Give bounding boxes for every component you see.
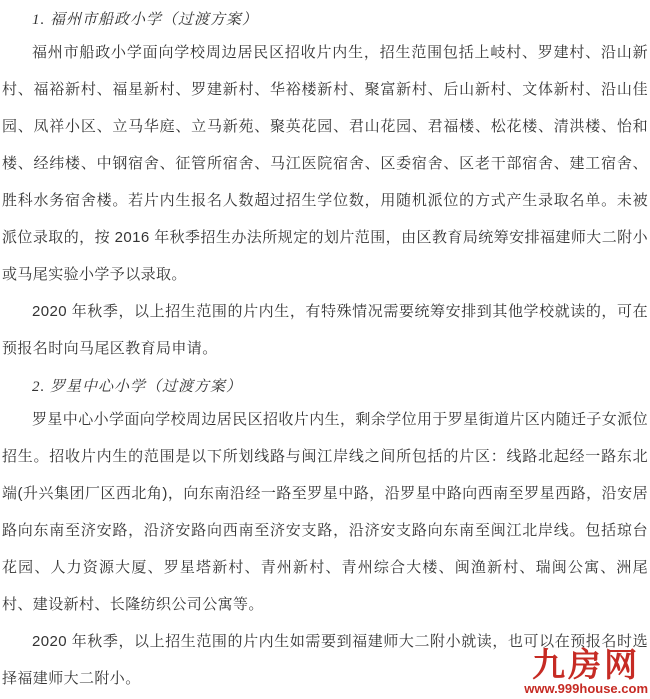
section-1-heading: 1. 福州市船政小学（过渡方案）	[2, 6, 648, 34]
section-2-paragraph-1: 罗星中心小学面向学校周边居民区招收片内生，剩余学位用于罗星街道片区内随迁子女派位…	[2, 401, 648, 623]
watermark: 九房网 www.999house.com	[524, 648, 648, 696]
section-2-heading: 2. 罗星中心小学（过渡方案）	[2, 373, 648, 401]
watermark-logo-text: 九房网	[524, 648, 648, 681]
document-page: 1. 福州市船政小学（过渡方案） 福州市船政小学面向学校周边居民区招收片内生，招…	[0, 0, 650, 699]
section-1-paragraph-2: 2020 年秋季，以上招生范围的片内生，有特殊情况需要统筹安排到其他学校就读的，…	[2, 293, 648, 367]
section-1-paragraph-1: 福州市船政小学面向学校周边居民区招收片内生，招生范围包括上岐村、罗建村、沿山新村…	[2, 34, 648, 293]
watermark-url: www.999house.com	[524, 682, 648, 696]
